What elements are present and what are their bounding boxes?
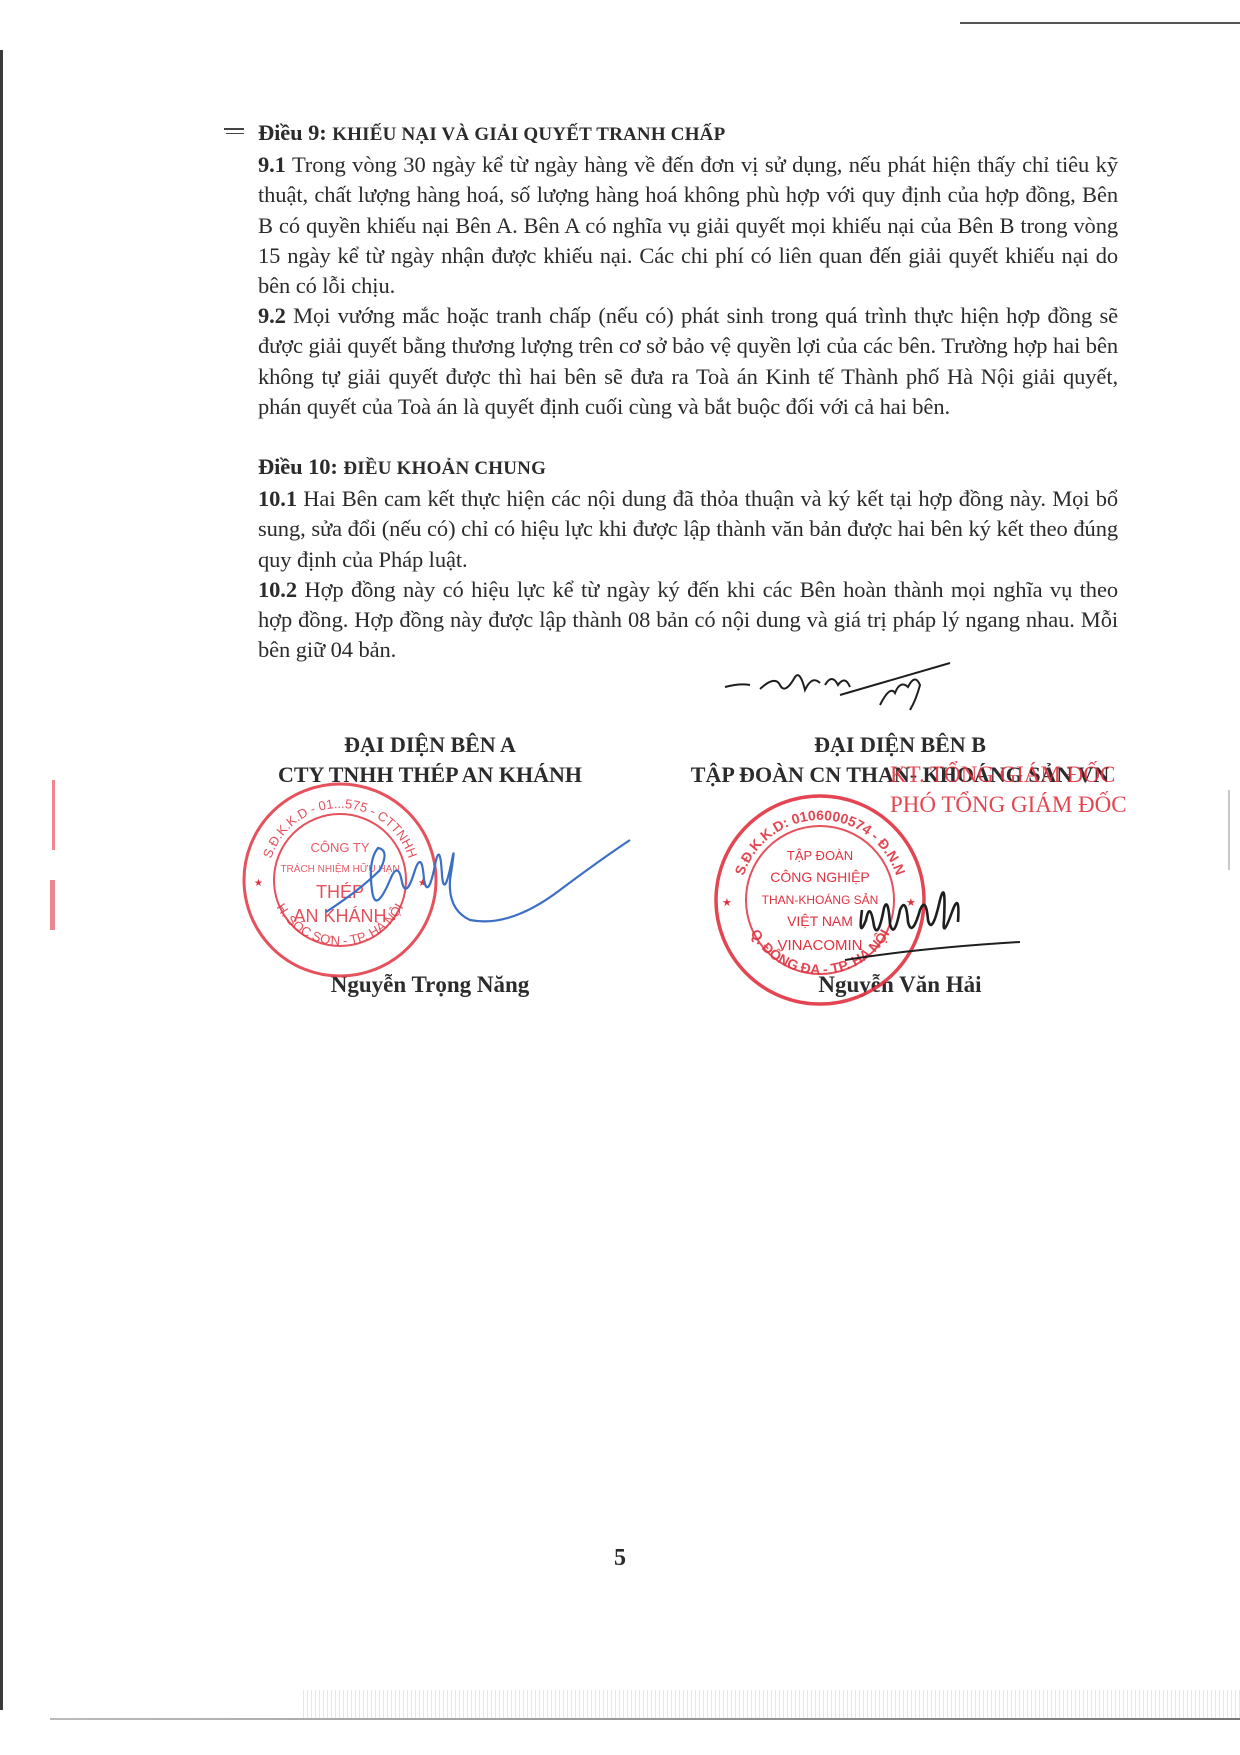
party-a-company-stamp: S.Đ.K.K.D - 01...575 - CTTNHH H. SÓC SƠN…	[240, 780, 440, 980]
party-a-handwritten-signature	[320, 820, 640, 940]
page-number: 5	[0, 1545, 1240, 1572]
margin-dash-mark	[224, 128, 244, 130]
svg-text:CÔNG TY: CÔNG TY	[311, 840, 370, 855]
svg-text:S.Đ.K.K.D: 0106000574 - Đ.N.N: S.Đ.K.K.D: 0106000574 - Đ.N.N	[731, 807, 908, 877]
svg-text:CÔNG NGHIỆP: CÔNG NGHIỆP	[770, 869, 870, 885]
edge-mark	[50, 880, 55, 930]
article-10-title: ĐIỀU KHOẢN CHUNG	[343, 458, 546, 479]
article-9-label: Điều 9:	[258, 120, 327, 145]
svg-text:THÉP: THÉP	[316, 882, 364, 902]
edge-mark	[52, 780, 55, 850]
clause-10-1: 10.1 Hai Bên cam kết thực hiện các nội d…	[258, 484, 1118, 575]
svg-text:THAN-KHOÁNG SẢN: THAN-KHOÁNG SẢN	[762, 892, 879, 907]
party-b-role: ĐẠI DIỆN BÊN B	[660, 730, 1140, 760]
scan-top-line	[960, 22, 1240, 24]
edge-mark	[1228, 790, 1230, 870]
svg-text:TRÁCH NHIỆM HỮU HẠN: TRÁCH NHIỆM HỮU HẠN	[280, 862, 399, 875]
title-line-2: PHÓ TỔNG GIÁM ĐỐC	[890, 790, 1127, 820]
clause-text: Mọi vướng mắc hoặc tranh chấp (nếu có) p…	[258, 303, 1118, 419]
clause-text: Hợp đồng này có hiệu lực kể từ ngày ký đ…	[258, 577, 1118, 662]
svg-text:S.Đ.K.K.D - 01...575 - CTTNHH: S.Đ.K.K.D - 01...575 - CTTNHH	[260, 796, 420, 860]
party-a-signature-block: ĐẠI DIỆN BÊN A CTY TNHH THÉP AN KHÁNH Ng…	[230, 730, 630, 790]
clause-number: 9.2	[258, 303, 286, 328]
clause-number: 9.1	[258, 152, 286, 177]
clause-10-2: 10.2 Hợp đồng này có hiệu lực kể từ ngày…	[258, 575, 1118, 666]
initials-signature	[720, 655, 980, 725]
article-9-heading: Điều 9: KHIẾU NẠI VÀ GIẢI QUYẾT TRANH CH…	[258, 118, 1118, 150]
clause-number: 10.1	[258, 486, 297, 511]
party-a-company: CTY TNHH THÉP AN KHÁNH	[230, 760, 630, 790]
clause-text: Trong vòng 30 ngày kể từ ngày hàng về đế…	[258, 152, 1118, 298]
article-9-title: KHIẾU NẠI VÀ GIẢI QUYẾT TRANH CHẤP	[332, 124, 725, 145]
svg-text:AN KHÁNH: AN KHÁNH	[293, 906, 386, 926]
scan-bottom-line	[50, 1718, 1240, 1720]
party-b-signer-name: Nguyễn Văn Hải	[660, 970, 1140, 1000]
clause-number: 10.2	[258, 577, 297, 602]
contract-body: Điều 9: KHIẾU NẠI VÀ GIẢI QUYẾT TRANH CH…	[258, 118, 1118, 665]
svg-text:★: ★	[906, 897, 916, 909]
party-b-signer-title: KT. TỔNG GIÁM ĐỐC PHÓ TỔNG GIÁM ĐỐC	[890, 760, 1127, 820]
svg-text:H. SÓC SƠN - TP. HÀ NỘI: H. SÓC SƠN - TP. HÀ NỘI	[274, 901, 407, 949]
party-a-signer-name: Nguyễn Trọng Năng	[230, 970, 630, 1000]
scan-left-edge	[0, 50, 3, 1710]
article-10-heading: Điều 10: ĐIỀU KHOẢN CHUNG	[258, 452, 1118, 484]
svg-text:★: ★	[254, 878, 263, 889]
scan-bottom-noise	[300, 1690, 1240, 1718]
svg-text:VINACOMIN: VINACOMIN	[777, 937, 862, 954]
svg-text:★: ★	[722, 897, 732, 909]
svg-text:TẬP ĐOÀN: TẬP ĐOÀN	[787, 848, 853, 863]
party-a-role: ĐẠI DIỆN BÊN A	[230, 730, 630, 760]
svg-text:★: ★	[418, 878, 427, 889]
clause-9-1: 9.1 Trong vòng 30 ngày kể từ ngày hàng v…	[258, 150, 1118, 301]
svg-text:VIỆT NAM: VIỆT NAM	[787, 913, 853, 929]
clause-text: Hai Bên cam kết thực hiện các nội dung đ…	[258, 486, 1118, 571]
party-b-handwritten-signature	[840, 860, 1040, 980]
title-line-1: KT. TỔNG GIÁM ĐỐC	[890, 760, 1127, 790]
article-10-label: Điều 10:	[258, 454, 338, 479]
clause-9-2: 9.2 Mọi vướng mắc hoặc tranh chấp (nếu c…	[258, 301, 1118, 422]
